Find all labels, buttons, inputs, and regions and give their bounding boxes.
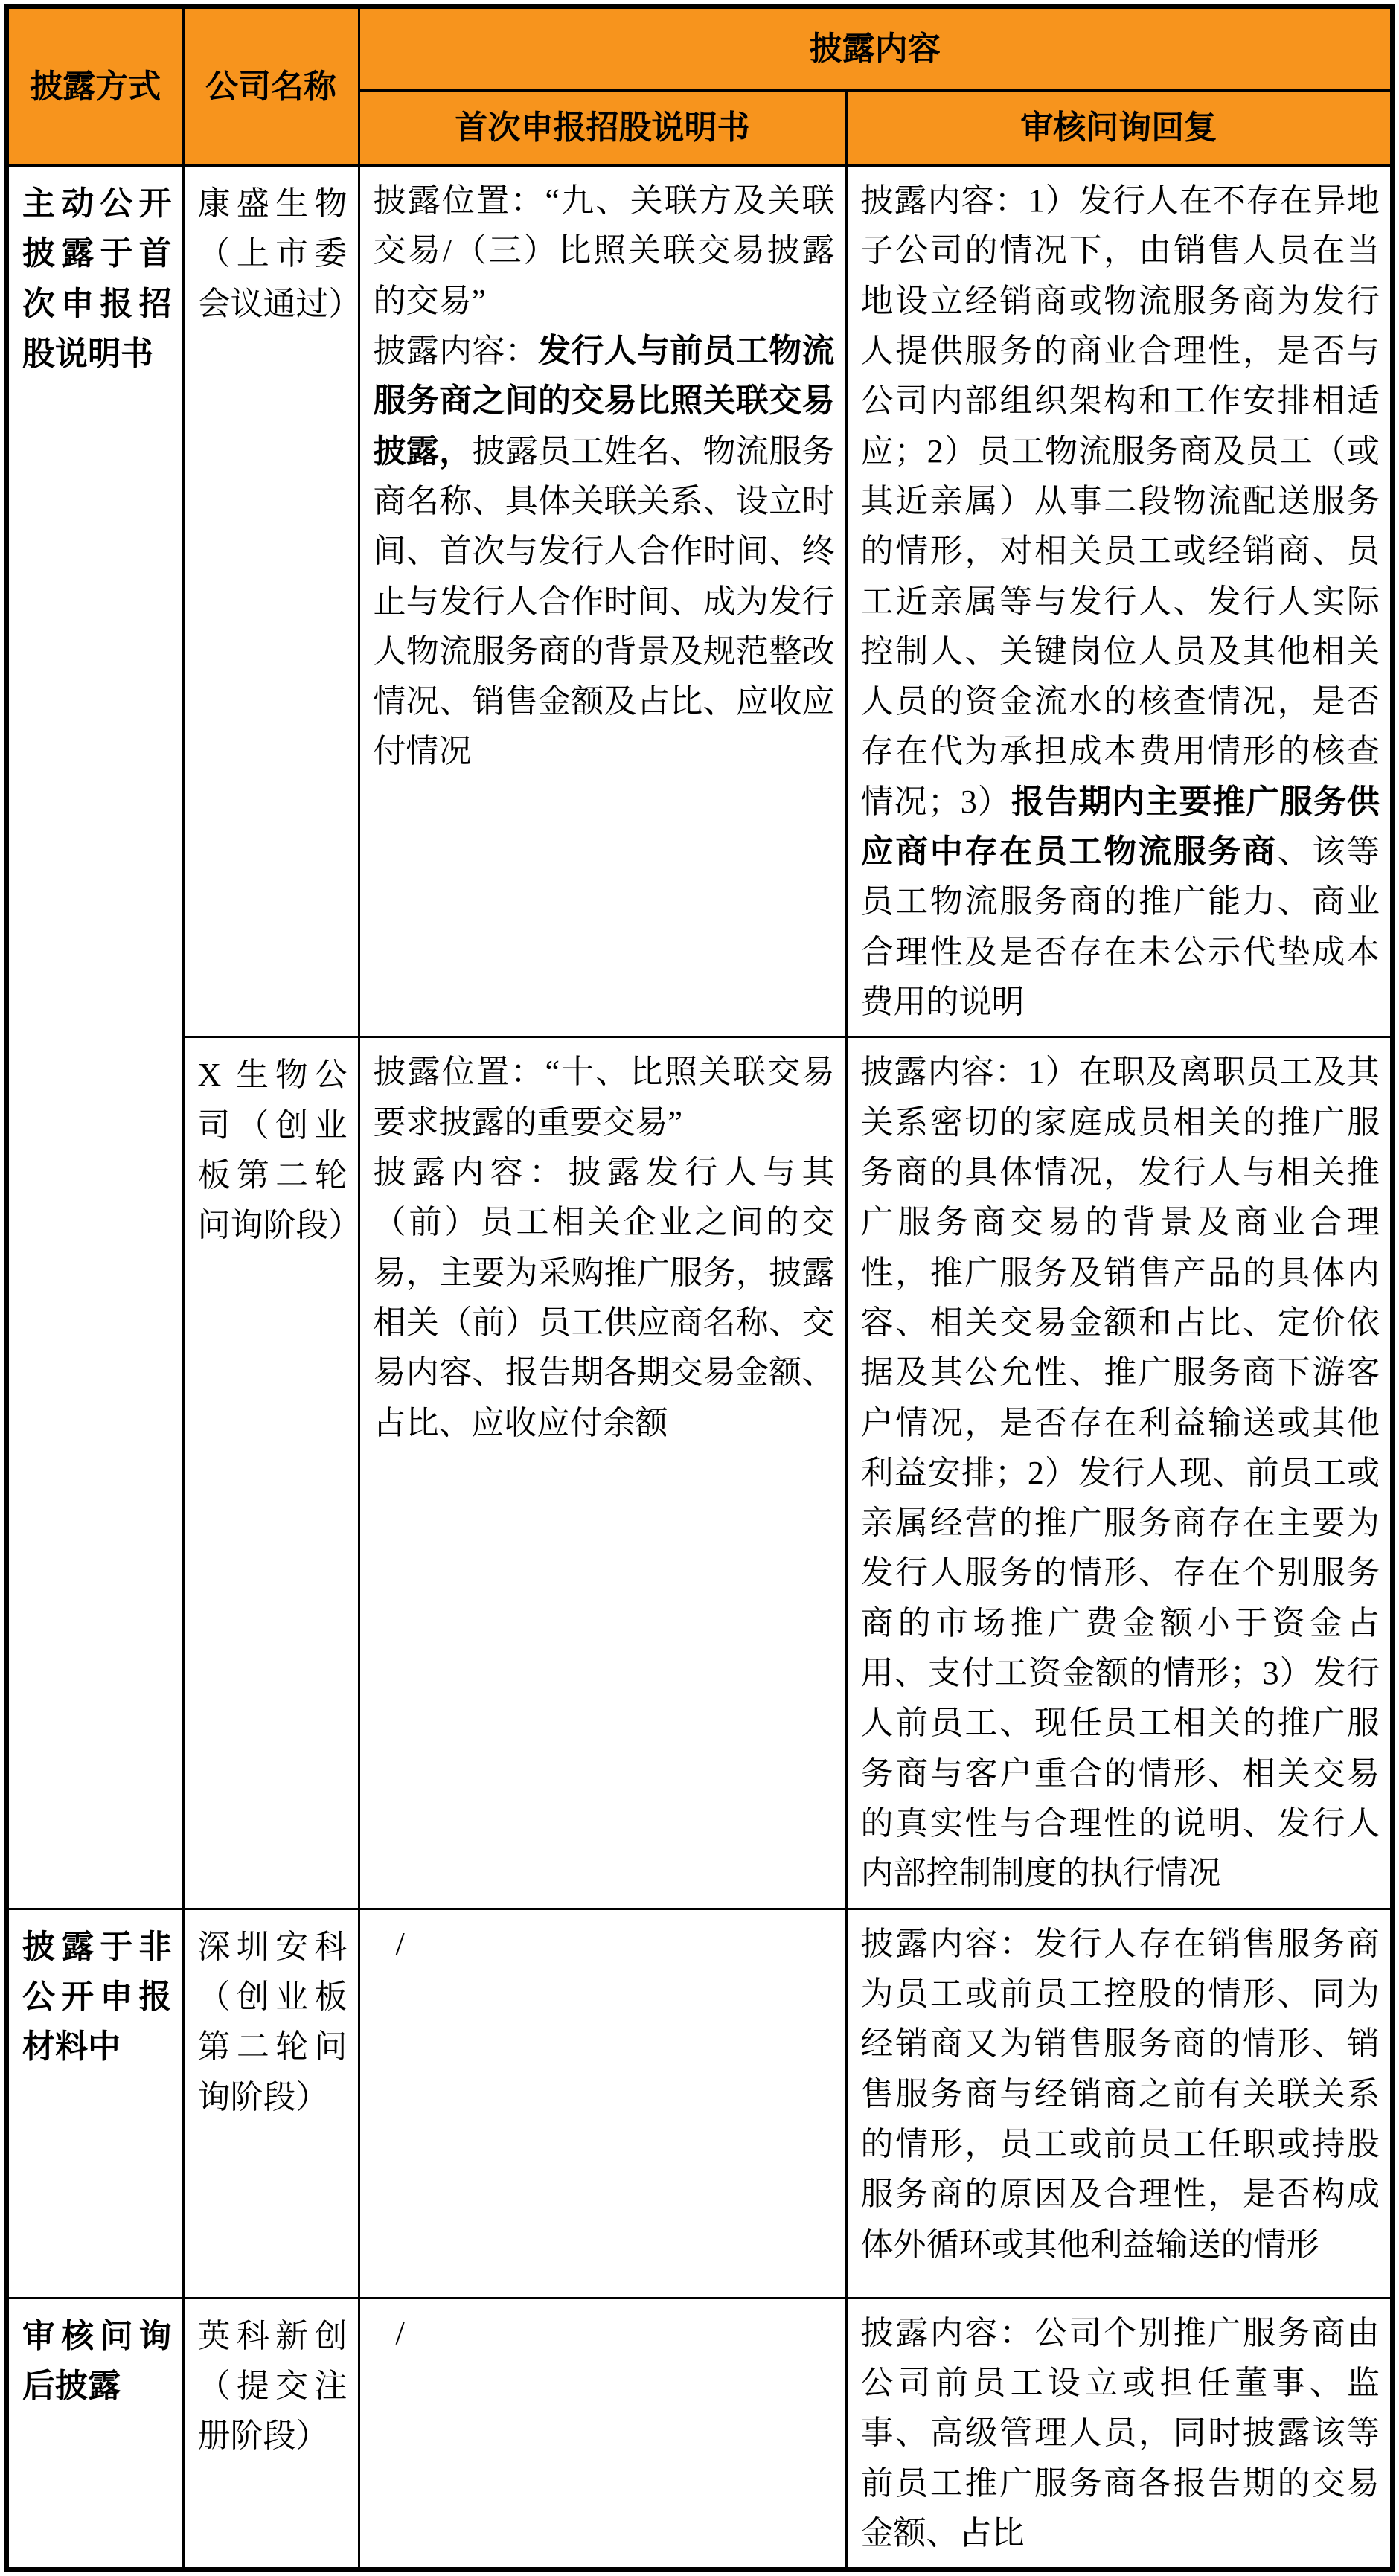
cell-company-shenzhen-anke: 深圳安科（创业板第二轮问询阶段） (183, 1909, 359, 2298)
cell-company-yingke-xinchuang: 英科新创（提交注册阶段） (183, 2298, 359, 2569)
table-row-shenzhen-anke: 披露于非公开申报材料中 深圳安科（创业板第二轮问询阶段） / 披露内容：发行人存… (7, 1909, 1392, 2298)
table-row-x-bio: X 生物公司（创业板第二轮问询阶段） 披露位置：“十、比照关联交易要求披露的重要… (7, 1037, 1392, 1909)
header-company-name: 公司名称 (183, 7, 359, 166)
disclosure-comparison-table: 披露方式 公司名称 披露内容 首次申报招股说明书 审核问询回复 主动公开披露于首… (4, 4, 1395, 2572)
header-disclosure-content: 披露内容 (359, 7, 1392, 91)
header-disclosure-method: 披露方式 (7, 7, 183, 166)
cell-inquiry-shenzhen-anke: 披露内容：发行人存在销售服务商为员工或前员工控股的情形、同为经销商又为销售服务商… (846, 1909, 1392, 2298)
cell-prospectus-shenzhen-anke: / (359, 1909, 846, 2298)
cell-inquiry-x-bio: 披露内容：1）在职及离职员工及其关系密切的家庭成员相关的推广服务商的具体情况，发… (846, 1037, 1392, 1909)
header-sub-inquiry-reply: 审核问询回复 (846, 91, 1392, 166)
table-row-yingke-xinchuang: 审核问询后披露 英科新创（提交注册阶段） / 披露内容：公司个别推广服务商由公司… (7, 2298, 1392, 2569)
cell-method-nonpublic-disclosure: 披露于非公开申报材料中 (7, 1909, 183, 2298)
cell-prospectus-yingke-xinchuang: / (359, 2298, 846, 2569)
cell-inquiry-kangsheng: 披露内容：1）发行人在不存在异地子公司的情况下，由销售人员在当地设立经销商或物流… (846, 166, 1392, 1037)
table-row-kangsheng: 主动公开披露于首次申报招股说明书 康盛生物（上市委会议通过） 披露位置：“九、关… (7, 166, 1392, 1037)
cell-company-x-bio: X 生物公司（创业板第二轮问询阶段） (183, 1037, 359, 1909)
cell-prospectus-x-bio: 披露位置：“十、比照关联交易要求披露的重要交易” 披露内容：披露发行人与其（前）… (359, 1037, 846, 1909)
cell-prospectus-kangsheng: 披露位置：“九、关联方及关联交易/（三）比照关联交易披露的交易” 披露内容：发行… (359, 166, 846, 1037)
cell-method-post-inquiry-disclosure: 审核问询后披露 (7, 2298, 183, 2569)
header-sub-prospectus: 首次申报招股说明书 (359, 91, 846, 166)
cell-method-active-disclosure: 主动公开披露于首次申报招股说明书 (7, 166, 183, 1909)
cell-inquiry-yingke-xinchuang: 披露内容：公司个别推广服务商由公司前员工设立或担任董事、监事、高级管理人员，同时… (846, 2298, 1392, 2569)
cell-company-kangsheng: 康盛生物（上市委会议通过） (183, 166, 359, 1037)
table-header: 披露方式 公司名称 披露内容 首次申报招股说明书 审核问询回复 (7, 7, 1392, 166)
